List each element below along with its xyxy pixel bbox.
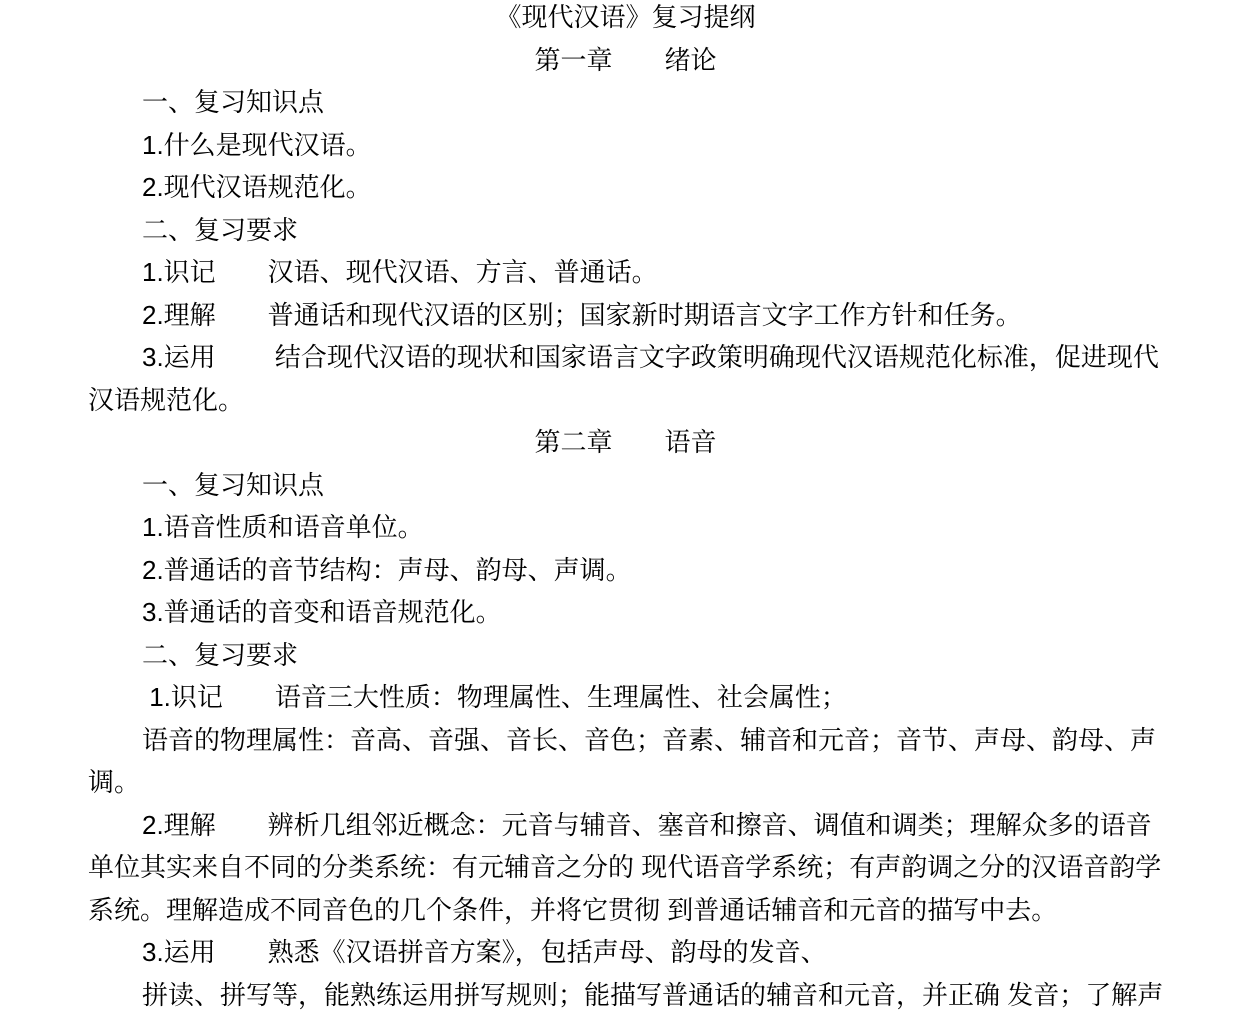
chapter1-requirement-memorize: 1.识记 汉语、现代汉语、方言、普通话。 xyxy=(88,251,1163,294)
chapter1-section-requirements: 二、复习要求 xyxy=(88,209,1163,252)
chapter2-requirement-understand-continued-2: 系统。理解造成不同音色的几个条件，并将它贯彻 到普通话辅音和元音的描写中去。 xyxy=(88,889,1163,932)
chapter2-requirement-understand: 2.理解 辨析几组邻近概念：元音与辅音、塞音和擦音、调值和调类；理解众多的语音 xyxy=(88,804,1163,847)
chapter1-requirement-apply-continued: 汉语规范化。 xyxy=(88,379,1163,422)
chapter1-requirement-understand: 2.理解 普通话和现代汉语的区别；国家新时期语言文字工作方针和任务。 xyxy=(88,294,1163,337)
document-page: 《现代汉语》复习提纲 第一章 绪论 一、复习知识点 1.什么是现代汉语。 2.现… xyxy=(0,0,1251,1017)
chapter2-requirement-memorize-continued-1: 语音的物理属性：音高、音强、音长、音色；音素、辅音和元音；音节、声母、韵母、声 xyxy=(88,719,1163,762)
chapter2-section-knowledge-points: 一、复习知识点 xyxy=(88,464,1163,507)
document-body: 《现代汉语》复习提纲 第一章 绪论 一、复习知识点 1.什么是现代汉语。 2.现… xyxy=(88,0,1163,1016)
chapter2-knowledge-point-3: 3.普通话的音变和语音规范化。 xyxy=(88,591,1163,634)
chapter1-heading: 第一章 绪论 xyxy=(88,39,1163,82)
chapter2-knowledge-point-1: 1.语音性质和语音单位。 xyxy=(88,506,1163,549)
chapter1-knowledge-point-2: 2.现代汉语规范化。 xyxy=(88,166,1163,209)
chapter2-requirement-understand-continued-1: 单位其实来自不同的分类系统：有元辅音之分的 现代语音学系统；有声韵调之分的汉语音… xyxy=(88,846,1163,889)
chapter2-requirement-apply-continued: 拼读、拼写等，能熟练运用拼写规则；能描写普通话的辅音和元音，并正确 发音；了解声 xyxy=(88,974,1163,1017)
document-title: 《现代汉语》复习提纲 xyxy=(88,0,1163,39)
chapter2-heading: 第二章 语音 xyxy=(88,421,1163,464)
chapter1-requirement-apply: 3.运用 结合现代汉语的现状和国家语言文字政策明确现代汉语规范化标准，促进现代 xyxy=(88,336,1163,379)
chapter2-knowledge-point-2: 2.普通话的音节结构：声母、韵母、声调。 xyxy=(88,549,1163,592)
chapter2-requirement-apply: 3.运用 熟悉《汉语拼音方案》，包括声母、韵母的发音、 xyxy=(88,931,1163,974)
chapter2-section-requirements: 二、复习要求 xyxy=(88,634,1163,677)
chapter1-section-knowledge-points: 一、复习知识点 xyxy=(88,81,1163,124)
chapter2-requirement-memorize-continued-2: 调。 xyxy=(88,761,1163,804)
chapter2-requirement-memorize: 1.识记 语音三大性质：物理属性、生理属性、社会属性； xyxy=(88,676,1163,719)
chapter1-knowledge-point-1: 1.什么是现代汉语。 xyxy=(88,124,1163,167)
